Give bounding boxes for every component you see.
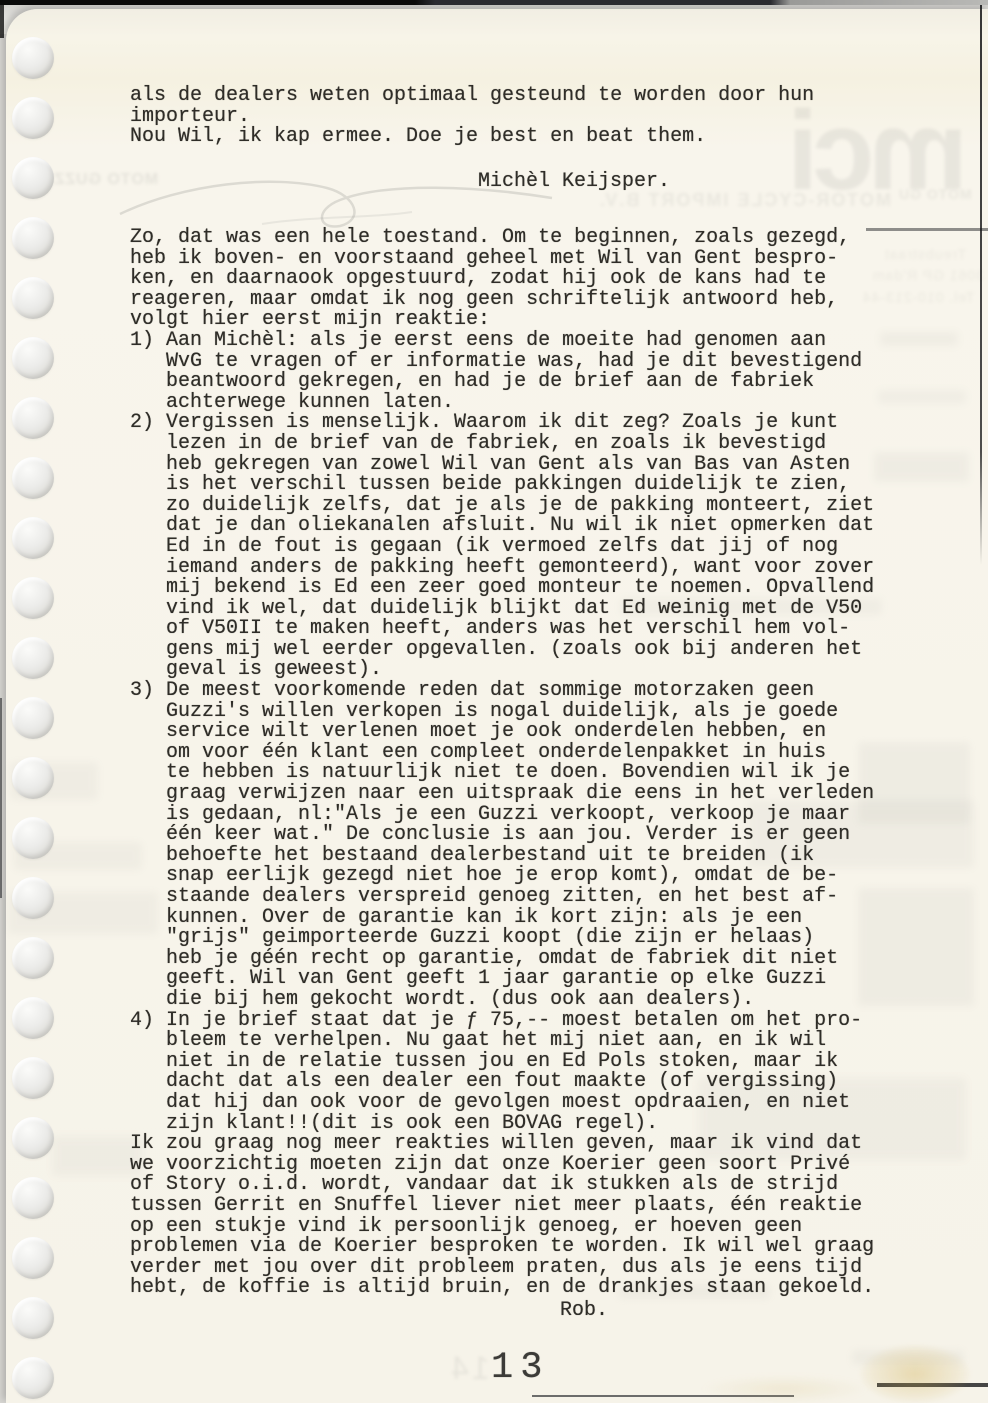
punch-hole (12, 817, 54, 859)
punch-hole (12, 637, 54, 679)
letter-closing-text: als de dealers weten optimaal gesteund t… (130, 86, 814, 148)
punch-hole (12, 337, 54, 379)
signature-rob: Rob. (560, 1301, 608, 1322)
punch-hole (12, 37, 54, 79)
scan-left-corner-edge (0, 0, 4, 38)
punch-hole (12, 577, 54, 619)
punch-hole (12, 1057, 54, 1099)
punch-hole (12, 1117, 54, 1159)
punch-hole (12, 457, 54, 499)
punch-hole (12, 157, 54, 199)
punch-hole (12, 877, 54, 919)
paper-stain (860, 1345, 970, 1403)
punch-hole (12, 217, 54, 259)
signature-michel: Michèl Keijsper. (478, 172, 670, 193)
scan-top-edge (0, 0, 988, 5)
scanned-page: mciMOTO GUZZIMOTO GUMOTOR-CYCLE IMPORT B… (0, 0, 988, 1403)
scan-line-right-edge (980, 0, 982, 565)
scan-line-top-right (866, 228, 988, 231)
punch-hole (12, 757, 54, 799)
page-number: 13 (491, 1347, 549, 1389)
punch-hole (12, 397, 54, 439)
scan-line-left-edge (0, 698, 2, 898)
punch-hole (12, 697, 54, 739)
punch-hole (12, 1237, 54, 1279)
paper-stain-faint (700, 1375, 870, 1403)
punch-hole (12, 517, 54, 559)
punch-hole (12, 997, 54, 1039)
punch-hole (12, 1297, 54, 1339)
punch-hole (12, 937, 54, 979)
binder-holes (0, 0, 70, 1403)
punch-hole (12, 277, 54, 319)
reply-text: Zo, dat was een hele toestand. Om te beg… (130, 228, 874, 1299)
punch-hole (12, 1177, 54, 1219)
punch-hole (12, 97, 54, 139)
punch-hole (12, 1357, 54, 1399)
